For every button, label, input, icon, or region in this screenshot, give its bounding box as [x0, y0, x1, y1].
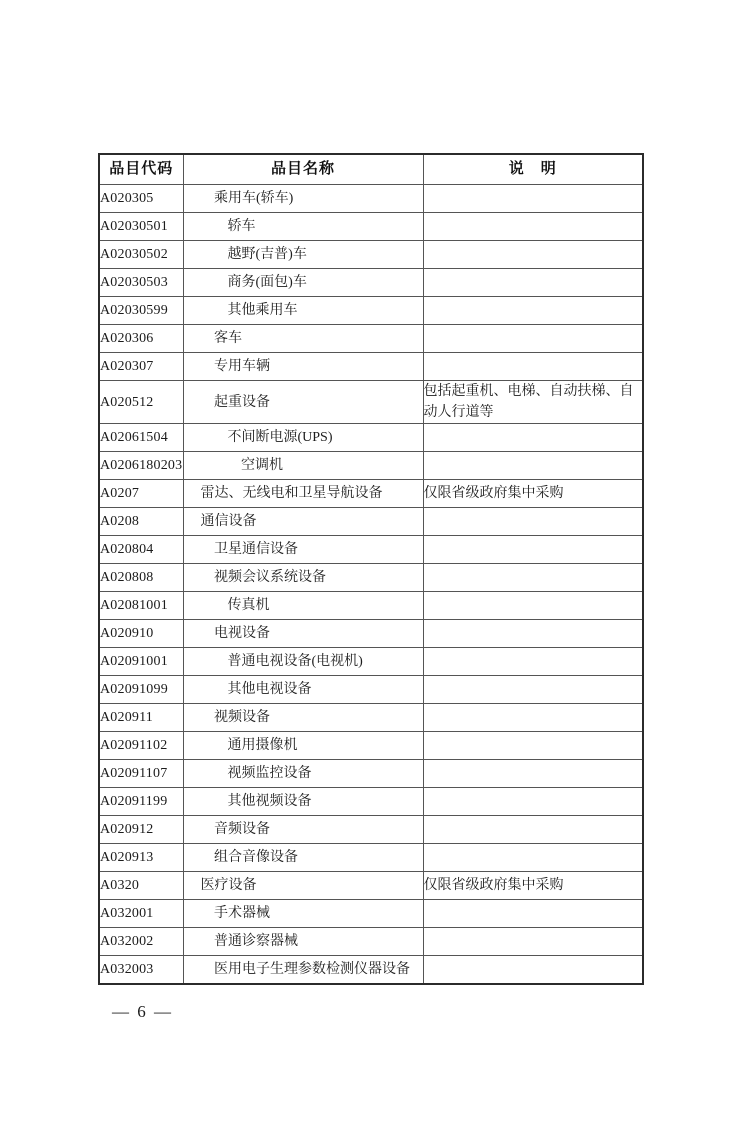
item-code-cell: A032001	[99, 900, 183, 928]
header-note: 说 明	[423, 154, 643, 185]
table-row: A0320 医疗设备 仅限省级政府集中采购	[99, 872, 643, 900]
table-row: A02081001 传真机	[99, 592, 643, 620]
item-code-cell: A020808	[99, 564, 183, 592]
item-name-cell: 轿车	[183, 213, 423, 241]
item-code-cell: A02030503	[99, 269, 183, 297]
item-code-cell: A020512	[99, 381, 183, 424]
header-item-code: 品目代码	[99, 154, 183, 185]
item-code-cell: A020305	[99, 185, 183, 213]
table-row: A02091107 视频监控设备	[99, 760, 643, 788]
item-code-cell: A020912	[99, 816, 183, 844]
table-header: 品目代码 品目名称 说 明	[99, 154, 643, 185]
item-note-cell	[423, 676, 643, 704]
item-note-cell	[423, 704, 643, 732]
item-note-cell	[423, 325, 643, 353]
item-note-cell	[423, 620, 643, 648]
table-row: A02091102 通用摄像机	[99, 732, 643, 760]
table-row: A02061504 不间断电源(UPS)	[99, 424, 643, 452]
table-row: A020912 音频设备	[99, 816, 643, 844]
item-name-cell: 视频监控设备	[183, 760, 423, 788]
item-name-cell: 组合音像设备	[183, 844, 423, 872]
item-code-cell: A02061504	[99, 424, 183, 452]
table-row: A020307 专用车辆	[99, 353, 643, 381]
item-note-cell: 包括起重机、电梯、自动扶梯、自动人行道等	[423, 381, 643, 424]
item-name-cell: 通信设备	[183, 508, 423, 536]
item-code-cell: A02091102	[99, 732, 183, 760]
table-row: A020512 起重设备 包括起重机、电梯、自动扶梯、自动人行道等	[99, 381, 643, 424]
item-name-cell: 医疗设备	[183, 872, 423, 900]
item-note-cell	[423, 185, 643, 213]
item-code-cell: A02030502	[99, 241, 183, 269]
item-name-cell: 电视设备	[183, 620, 423, 648]
item-note-cell	[423, 452, 643, 480]
item-note-cell	[423, 788, 643, 816]
item-code-cell: A020804	[99, 536, 183, 564]
item-note-cell	[423, 592, 643, 620]
table-row: A02030599 其他乘用车	[99, 297, 643, 325]
table-row: A020804 卫星通信设备	[99, 536, 643, 564]
item-code-cell: A032002	[99, 928, 183, 956]
item-name-cell: 雷达、无线电和卫星导航设备	[183, 480, 423, 508]
table-row: A02091199 其他视频设备	[99, 788, 643, 816]
item-name-cell: 视频会议系统设备	[183, 564, 423, 592]
item-note-cell	[423, 732, 643, 760]
item-name-cell: 空调机	[183, 452, 423, 480]
table-row: A020306 客车	[99, 325, 643, 353]
item-note-cell: 仅限省级政府集中采购	[423, 872, 643, 900]
page-number: — 6 —	[112, 1002, 173, 1022]
item-name-cell: 音频设备	[183, 816, 423, 844]
item-name-cell: 卫星通信设备	[183, 536, 423, 564]
item-code-cell: A020307	[99, 353, 183, 381]
item-note-cell	[423, 508, 643, 536]
item-name-cell: 普通诊察器械	[183, 928, 423, 956]
item-note-cell	[423, 956, 643, 985]
item-name-cell: 视频设备	[183, 704, 423, 732]
table-body: A020305 乘用车(轿车) A02030501 轿车 A02030502 越…	[99, 185, 643, 985]
item-note-cell	[423, 241, 643, 269]
item-name-cell: 通用摄像机	[183, 732, 423, 760]
item-note-cell	[423, 564, 643, 592]
item-name-cell: 起重设备	[183, 381, 423, 424]
item-code-cell: A02091001	[99, 648, 183, 676]
item-note-cell	[423, 213, 643, 241]
item-code-cell: A0206180203	[99, 452, 183, 480]
table-row: A020808 视频会议系统设备	[99, 564, 643, 592]
table-row: A0206180203 空调机	[99, 452, 643, 480]
item-code-cell: A020306	[99, 325, 183, 353]
item-code-cell: A0208	[99, 508, 183, 536]
item-code-cell: A032003	[99, 956, 183, 985]
item-code-cell: A02030501	[99, 213, 183, 241]
table-row: A0208 通信设备	[99, 508, 643, 536]
table-row: A020305 乘用车(轿车)	[99, 185, 643, 213]
item-code-cell: A020911	[99, 704, 183, 732]
table-row: A02030502 越野(吉普)车	[99, 241, 643, 269]
item-note-cell	[423, 648, 643, 676]
item-name-cell: 医用电子生理参数检测仪器设备	[183, 956, 423, 985]
table-row: A020910 电视设备	[99, 620, 643, 648]
item-name-cell: 专用车辆	[183, 353, 423, 381]
item-note-cell	[423, 353, 643, 381]
item-note-cell	[423, 928, 643, 956]
item-note-cell	[423, 297, 643, 325]
item-code-cell: A02030599	[99, 297, 183, 325]
table-row: A020911 视频设备	[99, 704, 643, 732]
item-code-cell: A020913	[99, 844, 183, 872]
item-code-cell: A02091099	[99, 676, 183, 704]
table-row: A032003 医用电子生理参数检测仪器设备	[99, 956, 643, 985]
item-code-cell: A02091199	[99, 788, 183, 816]
item-code-cell: A0320	[99, 872, 183, 900]
item-name-cell: 手术器械	[183, 900, 423, 928]
item-name-cell: 乘用车(轿车)	[183, 185, 423, 213]
item-note-cell: 仅限省级政府集中采购	[423, 480, 643, 508]
table-row: A032002 普通诊察器械	[99, 928, 643, 956]
item-name-cell: 其他视频设备	[183, 788, 423, 816]
procurement-catalog-table: 品目代码 品目名称 说 明 A020305 乘用车(轿车) A02030501 …	[98, 153, 644, 985]
item-name-cell: 商务(面包)车	[183, 269, 423, 297]
item-note-cell	[423, 900, 643, 928]
item-code-cell: A02081001	[99, 592, 183, 620]
table-row: A032001 手术器械	[99, 900, 643, 928]
item-note-cell	[423, 816, 643, 844]
table-row: A0207 雷达、无线电和卫星导航设备 仅限省级政府集中采购	[99, 480, 643, 508]
item-code-cell: A0207	[99, 480, 183, 508]
item-name-cell: 不间断电源(UPS)	[183, 424, 423, 452]
table-row: A02030503 商务(面包)车	[99, 269, 643, 297]
item-note-cell	[423, 536, 643, 564]
item-code-cell: A02091107	[99, 760, 183, 788]
item-name-cell: 传真机	[183, 592, 423, 620]
item-note-cell	[423, 760, 643, 788]
item-name-cell: 其他电视设备	[183, 676, 423, 704]
item-note-cell	[423, 424, 643, 452]
item-name-cell: 越野(吉普)车	[183, 241, 423, 269]
item-note-cell	[423, 844, 643, 872]
header-row: 品目代码 品目名称 说 明	[99, 154, 643, 185]
item-name-cell: 其他乘用车	[183, 297, 423, 325]
item-code-cell: A020910	[99, 620, 183, 648]
item-note-cell	[423, 269, 643, 297]
table-row: A02030501 轿车	[99, 213, 643, 241]
table-row: A02091099 其他电视设备	[99, 676, 643, 704]
table-row: A020913 组合音像设备	[99, 844, 643, 872]
item-name-cell: 客车	[183, 325, 423, 353]
table-row: A02091001 普通电视设备(电视机)	[99, 648, 643, 676]
item-name-cell: 普通电视设备(电视机)	[183, 648, 423, 676]
header-item-name: 品目名称	[183, 154, 423, 185]
document-page: 品目代码 品目名称 说 明 A020305 乘用车(轿车) A02030501 …	[0, 0, 739, 1129]
